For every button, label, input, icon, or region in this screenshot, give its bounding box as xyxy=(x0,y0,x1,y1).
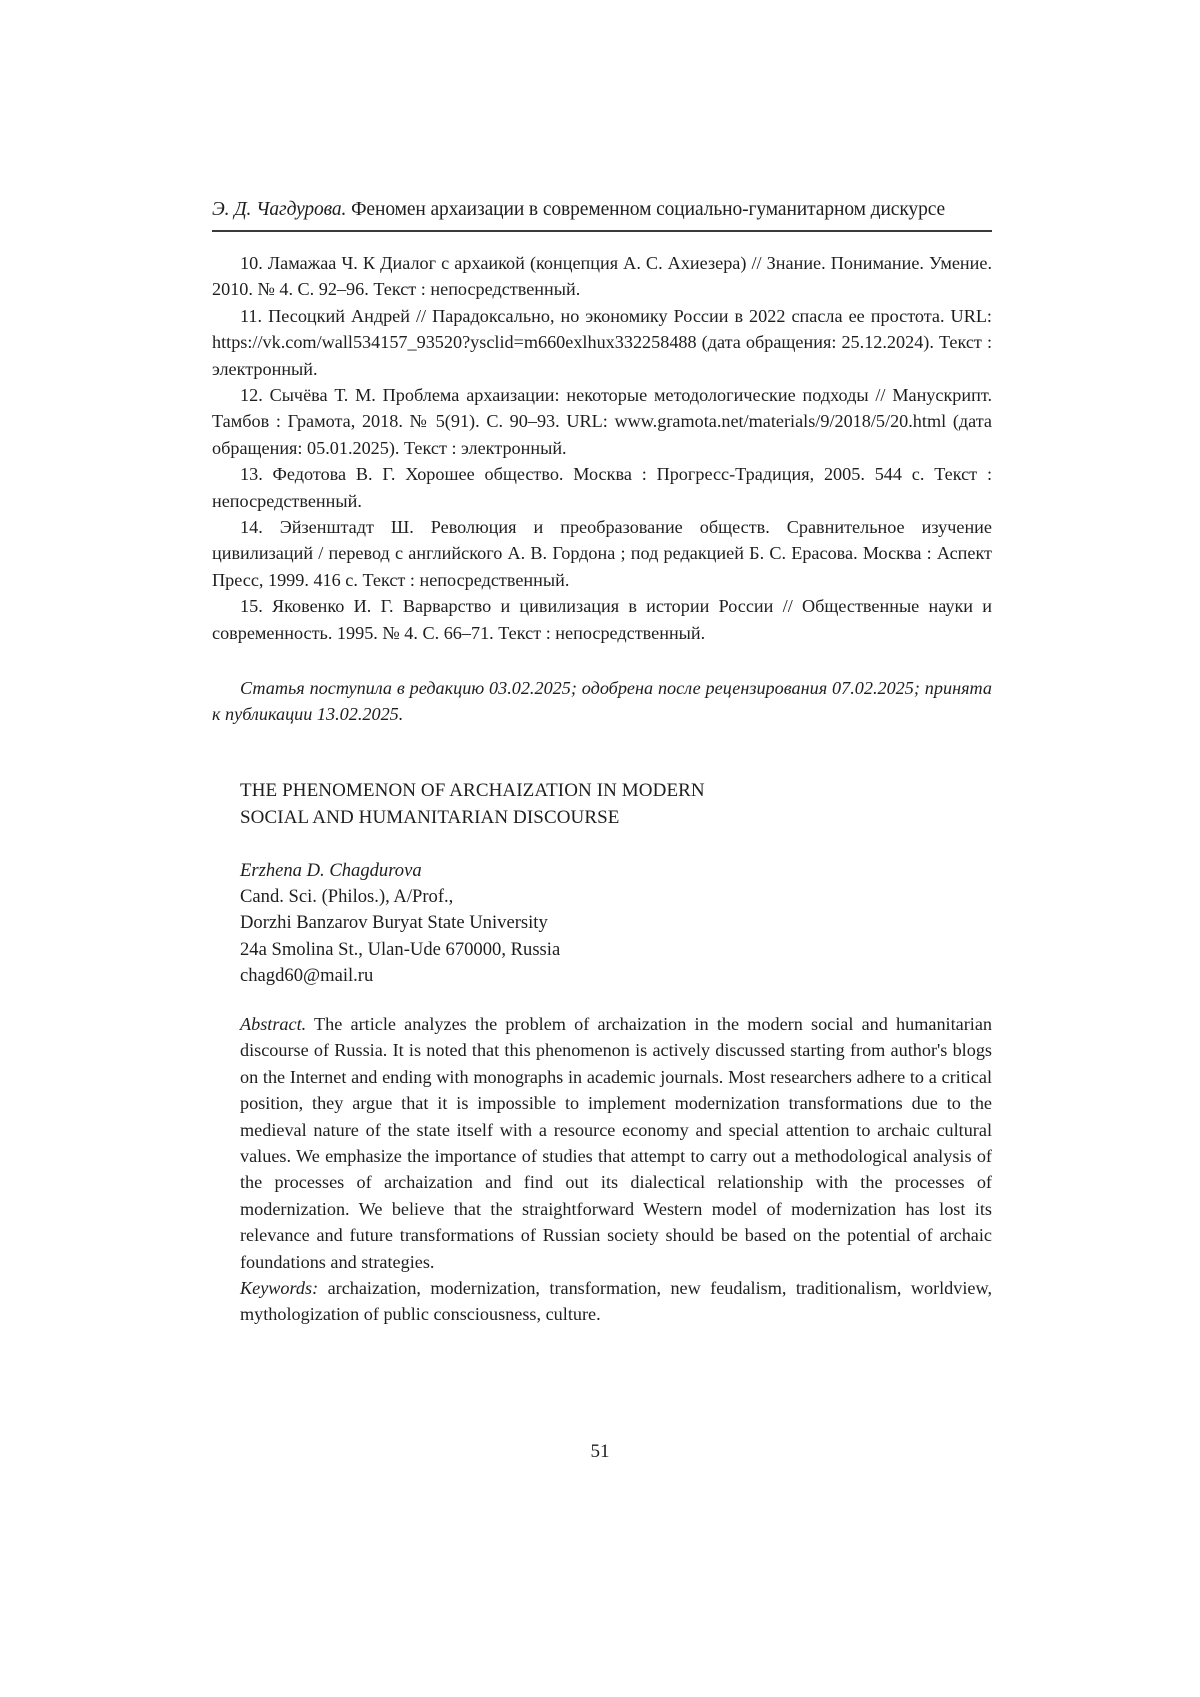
page-number: 51 xyxy=(0,1440,1200,1464)
english-title-line: THE PHENOMENON OF ARCHAIZATION IN MODERN xyxy=(240,777,940,804)
abstract-block: Abstract. The article analyzes the probl… xyxy=(240,1011,992,1328)
author-degree: Cand. Sci. (Philos.), A/Prof., xyxy=(240,884,940,910)
keywords-text: archaization, modernization, transformat… xyxy=(240,1278,992,1324)
reference-item: 15. Яковенко И. Г. Варварство и цивилиза… xyxy=(212,593,992,646)
abstract: Abstract. The article analyzes the probl… xyxy=(240,1011,992,1275)
author-name: Erzhena D. Chagdurova xyxy=(240,858,940,884)
reference-item: 14. Эйзенштадт Ш. Революция и преобразов… xyxy=(212,514,992,593)
header-divider xyxy=(212,230,992,232)
reference-item: 12. Сычёва Т. М. Проблема архаизации: не… xyxy=(212,382,992,461)
author-address: 24a Smolina St., Ulan-Ude 670000, Russia xyxy=(240,937,940,963)
keywords: Keywords: archaization, modernization, t… xyxy=(240,1275,992,1328)
running-head-title: Феномен архаизации в современном социаль… xyxy=(351,199,945,220)
english-title-line: SOCIAL AND HUMANITARIAN DISCOURSE xyxy=(240,804,940,831)
abstract-text: The article analyzes the problem of arch… xyxy=(240,1014,992,1272)
reference-item: 11. Песоцкий Андрей // Парадоксально, но… xyxy=(212,303,992,382)
author-info: Erzhena D. Chagdurova Cand. Sci. (Philos… xyxy=(240,858,940,989)
abstract-label: Abstract. xyxy=(240,1014,306,1034)
running-head: Э. Д. Чагдурова. Феномен архаизации в со… xyxy=(212,198,992,222)
english-title: THE PHENOMENON OF ARCHAIZATION IN MODERN… xyxy=(240,777,940,831)
journal-page: Э. Д. Чагдурова. Феномен архаизации в со… xyxy=(0,0,1200,1697)
keywords-label: Keywords: xyxy=(240,1278,318,1298)
reference-item: 13. Федотова В. Г. Хорошее общество. Мос… xyxy=(212,461,992,514)
submission-note: Статья поступила в редакцию 03.02.2025; … xyxy=(212,675,992,728)
reference-item: 10. Ламажаа Ч. К Диалог с архаикой (конц… xyxy=(212,250,992,303)
running-head-author: Э. Д. Чагдурова. xyxy=(212,199,346,220)
author-affiliation: Dorzhi Banzarov Buryat State University xyxy=(240,910,940,936)
reference-list: 10. Ламажаа Ч. К Диалог с архаикой (конц… xyxy=(212,250,992,646)
author-email[interactable]: chagd60@mail.ru xyxy=(240,963,940,989)
